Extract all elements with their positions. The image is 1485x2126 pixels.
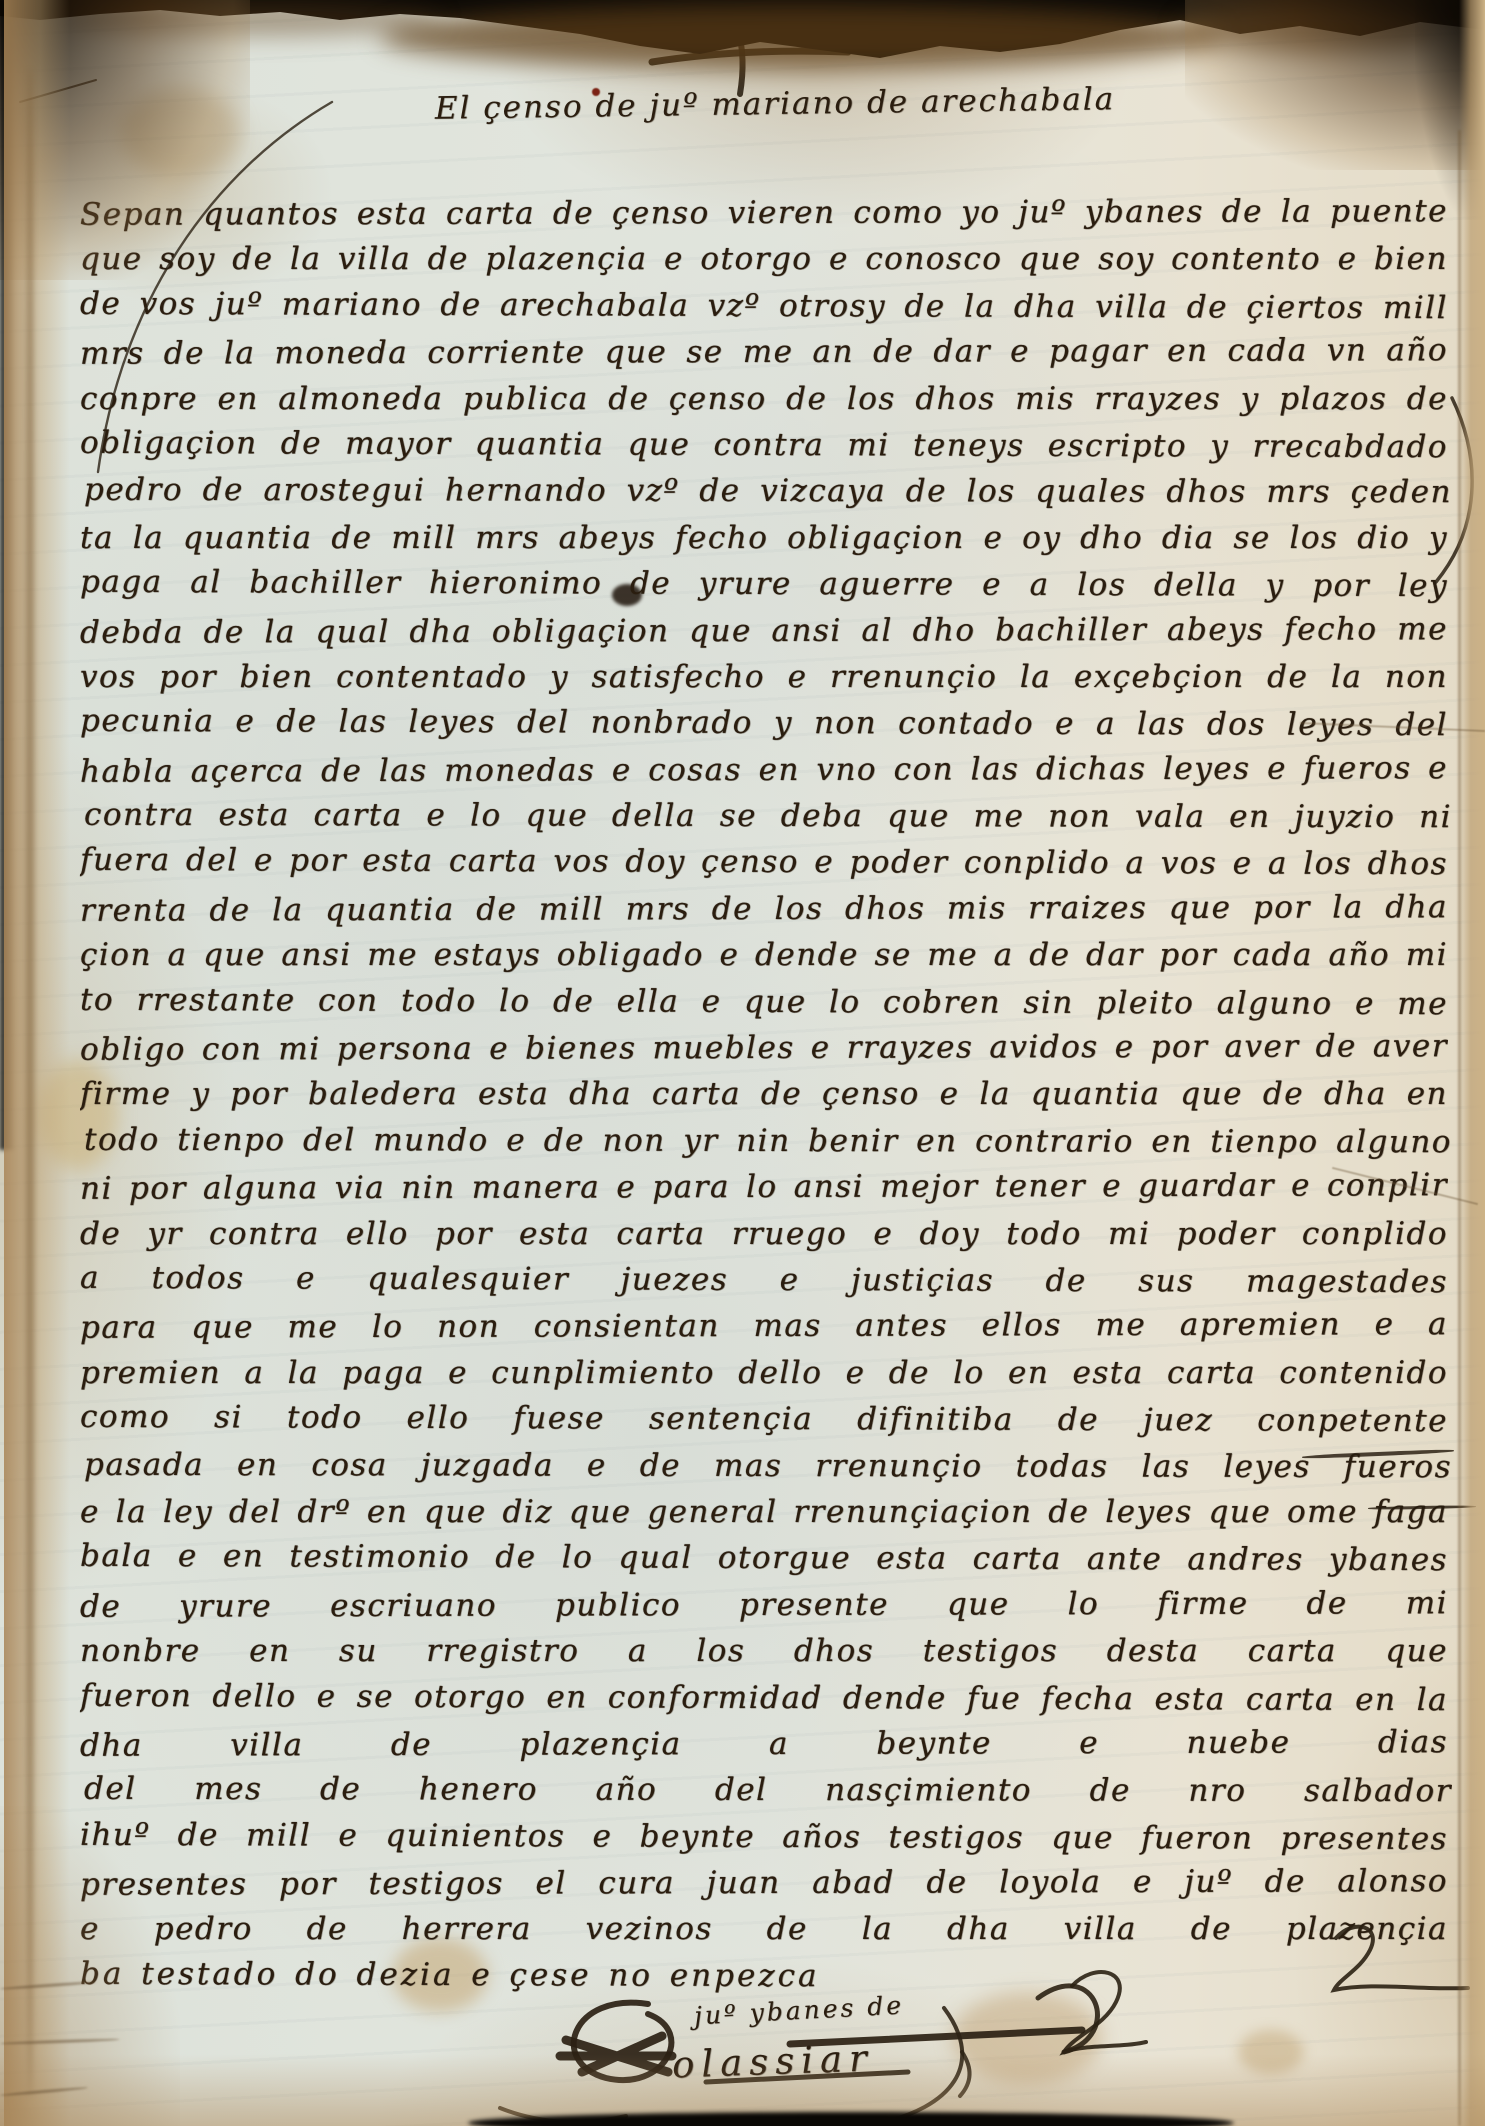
- manuscript-line: debda de la qual dha obligaçion que ansi…: [80, 606, 1448, 656]
- manuscript-line: mrs de la moneda corriente que se me an …: [80, 327, 1448, 377]
- manuscript-line: presentes por testigos el cura juan abad…: [80, 1858, 1448, 1908]
- manuscript-line: to rrestante con todo lo de ella e que l…: [80, 976, 1448, 1027]
- manuscript-line: fuera del e por esta carta vos doy çenso…: [80, 837, 1448, 888]
- manuscript-line: ta la quantia de mill mrs abeys fecho ob…: [80, 515, 1448, 561]
- manuscript-line: fueron dello e se otorgo en conformidad …: [80, 1672, 1448, 1723]
- manuscript-line: de yrure escriuano publico presente que …: [80, 1580, 1448, 1630]
- manuscript-line: e pedro de herrera vezinos de la dha vil…: [80, 1906, 1448, 1952]
- manuscript-scan: El çenso de juº mariano de arechabala Se…: [0, 0, 1485, 2126]
- manuscript-line: del mes de henero año del nasçimiento de…: [84, 1766, 1452, 1815]
- deckle-ridge-left: [26, 70, 34, 2096]
- manuscript-line: como si todo ello fuese sentençia difini…: [80, 1394, 1448, 1445]
- manuscript-line: paga al bachiller hieronimo de yrure agu…: [80, 559, 1448, 610]
- manuscript-line: pasada en cosa juzgada e de mas rrenunçi…: [84, 1441, 1452, 1490]
- manuscript-line: dha villa de plazençia a beynte e nuebe …: [80, 1719, 1448, 1769]
- scorch-top: [380, 4, 1220, 70]
- manuscript-line: çion a que ansi me estays obligado e den…: [80, 932, 1448, 978]
- manuscript-line: de vos juº mariano de arechabala vzº otr…: [80, 281, 1448, 332]
- manuscript-line: obligo con mi persona e bienes muebles e…: [80, 1023, 1448, 1073]
- manuscript-line: que soy de la villa de plazençia e otorg…: [80, 236, 1448, 282]
- manuscript-line: pecunia e de las leyes del nonbrado y no…: [80, 698, 1448, 749]
- manuscript-line: Sepan quantos esta carta de çenso vieren…: [80, 188, 1448, 238]
- manuscript-line: firme y por baledera esta dha carta de ç…: [80, 1071, 1448, 1117]
- manuscript-line: conpre en almoneda publica de çenso de l…: [80, 376, 1448, 422]
- next-page-sliver: [1459, 0, 1485, 2126]
- manuscript-line: nonbre en su rregistro a los dhos testig…: [80, 1628, 1448, 1674]
- manuscript-line: bala e en testimonio de lo qual otorgue …: [80, 1533, 1448, 1584]
- manuscript-line: ni por alguna via nin manera e para lo a…: [80, 1162, 1448, 1212]
- manuscript-line: ba testado do dezia e çese no enpezca: [80, 1951, 1448, 2002]
- manuscript-line: ihuº de mill e quinientos e beynte años …: [80, 1812, 1448, 1863]
- gutter-crease: [1458, 130, 1461, 2126]
- manuscript-line: obligaçion de mayor quantia que contra m…: [80, 420, 1448, 471]
- manuscript-line: para que me lo non consientan mas antes …: [80, 1302, 1448, 1352]
- manuscript-line: e la ley del drº en que diz que general …: [80, 1489, 1448, 1535]
- manuscript-line: todo tienpo del mundo e de non yr nin be…: [84, 1117, 1452, 1166]
- manuscript-line: premien a la paga e cunplimiento dello e…: [80, 1350, 1448, 1396]
- manuscript-line: de yr contra ello por esta carta rruego …: [80, 1211, 1448, 1257]
- manuscript-line: vos por bien contentado y satisfecho e r…: [80, 654, 1448, 700]
- aged-corner-bottom-left: [0, 1806, 180, 2126]
- manuscript-line: contra esta carta e lo que della se deba…: [84, 792, 1452, 841]
- manuscript-line: pedro de arostegui hernando vzº de vizca…: [84, 467, 1452, 516]
- manuscript-line: habla açerca de las monedas e cosas en v…: [80, 745, 1448, 795]
- manuscript-text-block: Sepan quantos esta carta de çenso vieren…: [80, 190, 1448, 1999]
- manuscript-line: a todos e qualesquier juezes e justiçias…: [80, 1255, 1448, 1306]
- manuscript-line: rrenta de la quantia de mill mrs de los …: [80, 884, 1448, 934]
